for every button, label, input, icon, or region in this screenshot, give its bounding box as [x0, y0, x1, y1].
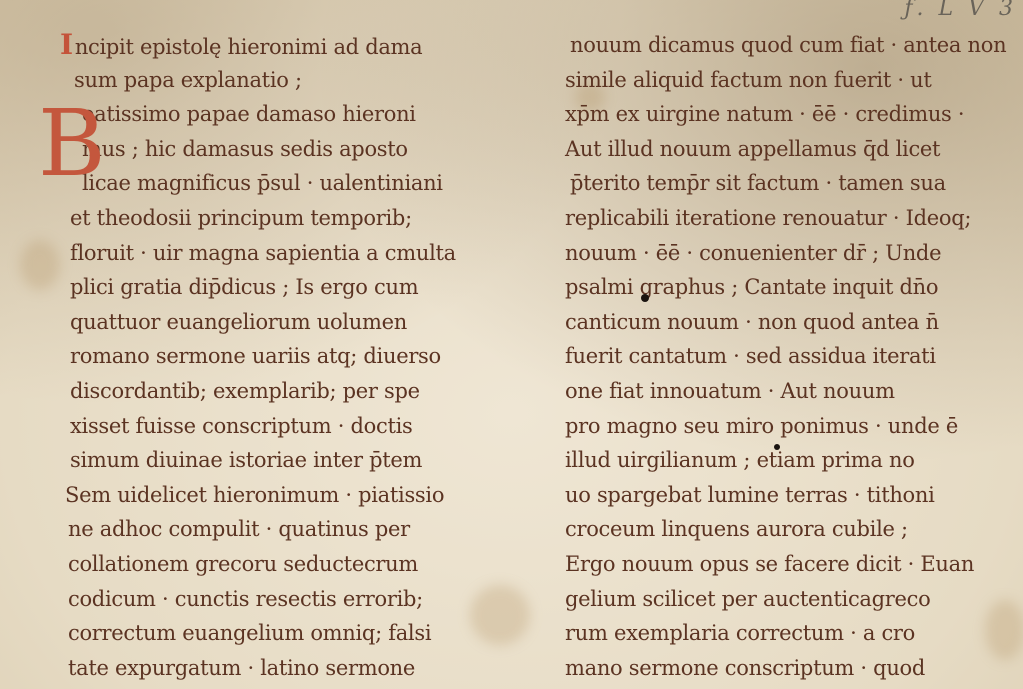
- rubric-initial-i: I: [60, 28, 73, 63]
- text-line: pro magno seu miro ponimus · unde ē: [565, 409, 985, 444]
- text-line: xp̄m ex uirgine natum · ēē · credimus ·: [565, 97, 985, 132]
- right-column: nouum dicamus quod cum fiat · antea non …: [565, 28, 985, 685]
- text-line: canticum nouum · non quod antea n̄: [565, 305, 985, 340]
- text-line: mano sermone conscriptum · quod: [565, 651, 985, 686]
- text-line: Sem uidelicet hieronimum · piatissio: [60, 478, 480, 513]
- text-line: rum exemplaria correctum · a cro: [565, 616, 985, 651]
- shelfmark: ƒ. L V 3: [904, 0, 1017, 21]
- text-line: sum papa explanatio ;: [60, 63, 480, 98]
- text-line: one fiat innouatum · Aut nouum: [565, 374, 985, 409]
- text-line: Ergo nouum opus se facere dicit · Euan: [565, 547, 985, 582]
- text-line: et theodosii principum temporib;: [60, 201, 480, 236]
- text-line: collationem grecoru seductecrum: [60, 547, 480, 582]
- text-line: simile aliquid factum non fuerit · ut: [565, 63, 985, 98]
- text-line: replicabili iteratione renouatur · Ideoq…: [565, 201, 985, 236]
- stain: [985, 600, 1023, 660]
- text-line: floruit · uir magna sapientia a cmulta: [60, 236, 480, 271]
- text-line: quattuor euangeliorum uolumen: [60, 305, 480, 340]
- text-line: nouum dicamus quod cum fiat · antea non: [565, 28, 985, 63]
- text-line: xisset fuisse conscriptum · doctis: [60, 409, 480, 444]
- decorated-initial-b: B: [38, 98, 106, 190]
- text-line: simum diuinae istoriae inter p̄tem: [60, 443, 480, 478]
- text-line: Aut illud nouum appellamus q̄d licet: [565, 132, 985, 167]
- text-line: codicum · cunctis resectis errorib;: [60, 582, 480, 617]
- text-line: croceum linquens aurora cubile ;: [565, 512, 985, 547]
- text-line: uo spargebat lumine terras · tithoni: [565, 478, 985, 513]
- text-line: Incipit epistolę hieronimi ad dama: [60, 28, 480, 63]
- text-line: eatissimo papae damaso hieroni: [60, 97, 480, 132]
- ink-dot: [641, 294, 649, 302]
- text-line: discordantib; exemplarib; per spe: [60, 374, 480, 409]
- text-line: mus ; hic damasus sedis aposto: [60, 132, 480, 167]
- ink-dot: [774, 444, 780, 450]
- text-line: nouum · ēē · conuenienter dr̄ ; Unde: [565, 236, 985, 271]
- text-line: licae magnificus p̄sul · ualentiniani: [60, 166, 480, 201]
- text-line: romano sermone uariis atq; diuerso: [60, 339, 480, 374]
- text-line: ne adhoc compulit · quatinus per: [60, 512, 480, 547]
- stain: [20, 240, 60, 290]
- text-line: tate expurgatum · latino sermone: [60, 651, 480, 686]
- text-line: fuerit cantatum · sed assidua iterati: [565, 339, 985, 374]
- text-line: correctum euangelium omniq; falsi: [60, 616, 480, 651]
- left-column: B Incipit epistolę hieronimi ad dama sum…: [60, 28, 480, 685]
- text-line: psalmi graphus ; Cantate inquit dn̄o: [565, 270, 985, 305]
- text-line: p̄terito temp̄r sit factum · tamen sua: [565, 166, 985, 201]
- text-line: plici gratia dip̄dicus ; Is ergo cum: [60, 270, 480, 305]
- text-line: gelium scilicet per auctenticagreco: [565, 582, 985, 617]
